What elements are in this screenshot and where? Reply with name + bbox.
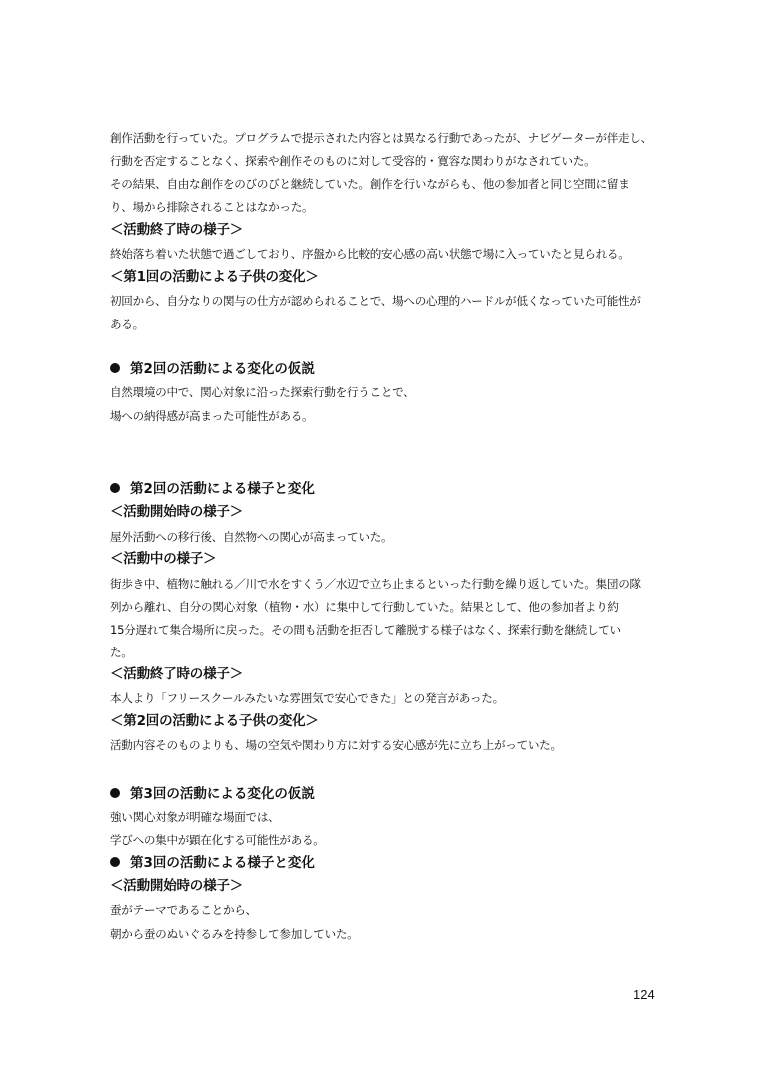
text-content: ＜活動終了時の様子＞	[110, 222, 243, 238]
text-content: り、場から排除されることはなかった。	[110, 200, 313, 214]
text-content: 15分遅れて集合場所に戻った。その間も活動を拒否して離脱する様子はなく、探索行動…	[110, 623, 621, 637]
body-text-line: り、場から排除されることはなかった。	[110, 199, 313, 215]
text-content: 蚕がテーマであることから、	[110, 903, 257, 917]
text-content: 列から離れ、自分の関心対象（植物・水）に集中して行動していた。結果として、他の参…	[110, 600, 619, 614]
section-heading: 第2回の活動による様子と変化	[110, 480, 315, 498]
text-content: 初回から、自分なりの関与の仕方が認められることで、場への心理的ハードルが低くなっ…	[110, 294, 641, 308]
bullet-icon	[110, 857, 120, 867]
text-content: 活動内容そのものよりも、場の空気や関わり方に対する安心感が先に立ち上がっていた。	[110, 738, 562, 752]
subsection-heading: ＜活動終了時の様子＞	[110, 665, 243, 683]
bullet-icon	[110, 363, 120, 373]
section-heading: 第3回の活動による様子と変化	[110, 854, 315, 872]
bullet-icon	[110, 483, 120, 493]
text-content: 強い関心対象が明確な場面では、	[110, 810, 279, 824]
subsection-heading: ＜第1回の活動による子供の変化＞	[110, 268, 319, 286]
body-text-line: 列から離れ、自分の関心対象（植物・水）に集中して行動していた。結果として、他の参…	[110, 599, 619, 615]
body-text-line: 強い関心対象が明確な場面では、	[110, 809, 279, 825]
text-content: 屋外活動への移行後、自然物への関心が高まっていた。	[110, 530, 392, 544]
text-content: ＜活動終了時の様子＞	[110, 666, 243, 682]
body-text-line: ある。	[110, 316, 144, 332]
text-content: 自然環境の中で、関心対象に沿った探索行動を行うことで、	[110, 385, 414, 399]
subsection-heading: ＜活動中の様子＞	[110, 550, 216, 568]
text-content: 朝から蚕のぬいぐるみを持参して参加していた。	[110, 927, 358, 941]
body-text-line: 自然環境の中で、関心対象に沿った探索行動を行うことで、	[110, 384, 414, 400]
body-text-line: その結果、自由な創作をのびのびと継続していた。創作を行いながらも、他の参加者と同…	[110, 176, 630, 192]
body-text-line: 学びへの集中が顕在化する可能性がある。	[110, 832, 325, 848]
subsection-heading: ＜活動終了時の様子＞	[110, 221, 243, 239]
body-text-line: 創作活動を行っていた。プログラムで提示された内容とは異なる行動であったが、ナビゲ…	[110, 130, 652, 146]
text-content: ＜活動中の様子＞	[110, 551, 216, 567]
text-content: ＜活動開始時の様子＞	[110, 878, 243, 894]
body-text-line: 初回から、自分なりの関与の仕方が認められることで、場への心理的ハードルが低くなっ…	[110, 293, 641, 309]
bullet-icon	[110, 788, 120, 798]
text-content: ある。	[110, 317, 144, 331]
text-content: 街歩き中、植物に触れる／川で水をすくう／水辺で立ち止まるといった行動を繰り返して…	[110, 577, 641, 591]
text-content: 行動を否定することなく、探索や創作そのものに対して受容的・寛容な関わりがなされて…	[110, 154, 595, 168]
body-text-line: 朝から蚕のぬいぐるみを持参して参加していた。	[110, 926, 358, 942]
page-number: 124	[633, 987, 655, 1002]
text-content: 創作活動を行っていた。プログラムで提示された内容とは異なる行動であったが、ナビゲ…	[110, 131, 652, 145]
subsection-heading: ＜活動開始時の様子＞	[110, 503, 243, 521]
body-text-line: 場への納得感が高まった可能性がある。	[110, 408, 313, 424]
text-content: た。	[110, 645, 133, 659]
text-content: 第3回の活動による変化の仮説	[130, 786, 315, 802]
body-text-line: 終始落ち着いた状態で過ごしており、序盤から比較的安心感の高い状態で場に入っていた…	[110, 246, 630, 262]
body-text-line: 活動内容そのものよりも、場の空気や関わり方に対する安心感が先に立ち上がっていた。	[110, 737, 562, 753]
body-text-line: 屋外活動への移行後、自然物への関心が高まっていた。	[110, 529, 392, 545]
text-content: 第3回の活動による様子と変化	[130, 855, 315, 871]
body-text-line: 15分遅れて集合場所に戻った。その間も活動を拒否して離脱する様子はなく、探索行動…	[110, 622, 621, 638]
text-content: ＜第2回の活動による子供の変化＞	[110, 713, 319, 729]
subsection-heading: ＜第2回の活動による子供の変化＞	[110, 712, 319, 730]
subsection-heading: ＜活動開始時の様子＞	[110, 877, 243, 895]
text-content: 終始落ち着いた状態で過ごしており、序盤から比較的安心感の高い状態で場に入っていた…	[110, 247, 630, 261]
text-content: 第2回の活動による変化の仮説	[130, 361, 315, 377]
text-content: 学びへの集中が顕在化する可能性がある。	[110, 833, 325, 847]
body-text-line: 行動を否定することなく、探索や創作そのものに対して受容的・寛容な関わりがなされて…	[110, 153, 595, 169]
text-content: その結果、自由な創作をのびのびと継続していた。創作を行いながらも、他の参加者と同…	[110, 177, 630, 191]
text-content: 第2回の活動による様子と変化	[130, 481, 315, 497]
body-text-line: 蚕がテーマであることから、	[110, 902, 257, 918]
text-content: ＜活動開始時の様子＞	[110, 504, 243, 520]
text-content: ＜第1回の活動による子供の変化＞	[110, 269, 319, 285]
section-heading: 第3回の活動による変化の仮説	[110, 785, 315, 803]
text-content: 場への納得感が高まった可能性がある。	[110, 409, 313, 423]
section-heading: 第2回の活動による変化の仮説	[110, 360, 315, 378]
body-text-line: 街歩き中、植物に触れる／川で水をすくう／水辺で立ち止まるといった行動を繰り返して…	[110, 576, 641, 592]
body-text-line: た。	[110, 644, 133, 660]
text-content: 本人より「フリースクールみたいな雰囲気で安心できた」との発言があった。	[110, 691, 504, 705]
body-text-line: 本人より「フリースクールみたいな雰囲気で安心できた」との発言があった。	[110, 690, 504, 706]
document-page: 124 創作活動を行っていた。プログラムで提示された内容とは異なる行動であったが…	[0, 0, 768, 1087]
